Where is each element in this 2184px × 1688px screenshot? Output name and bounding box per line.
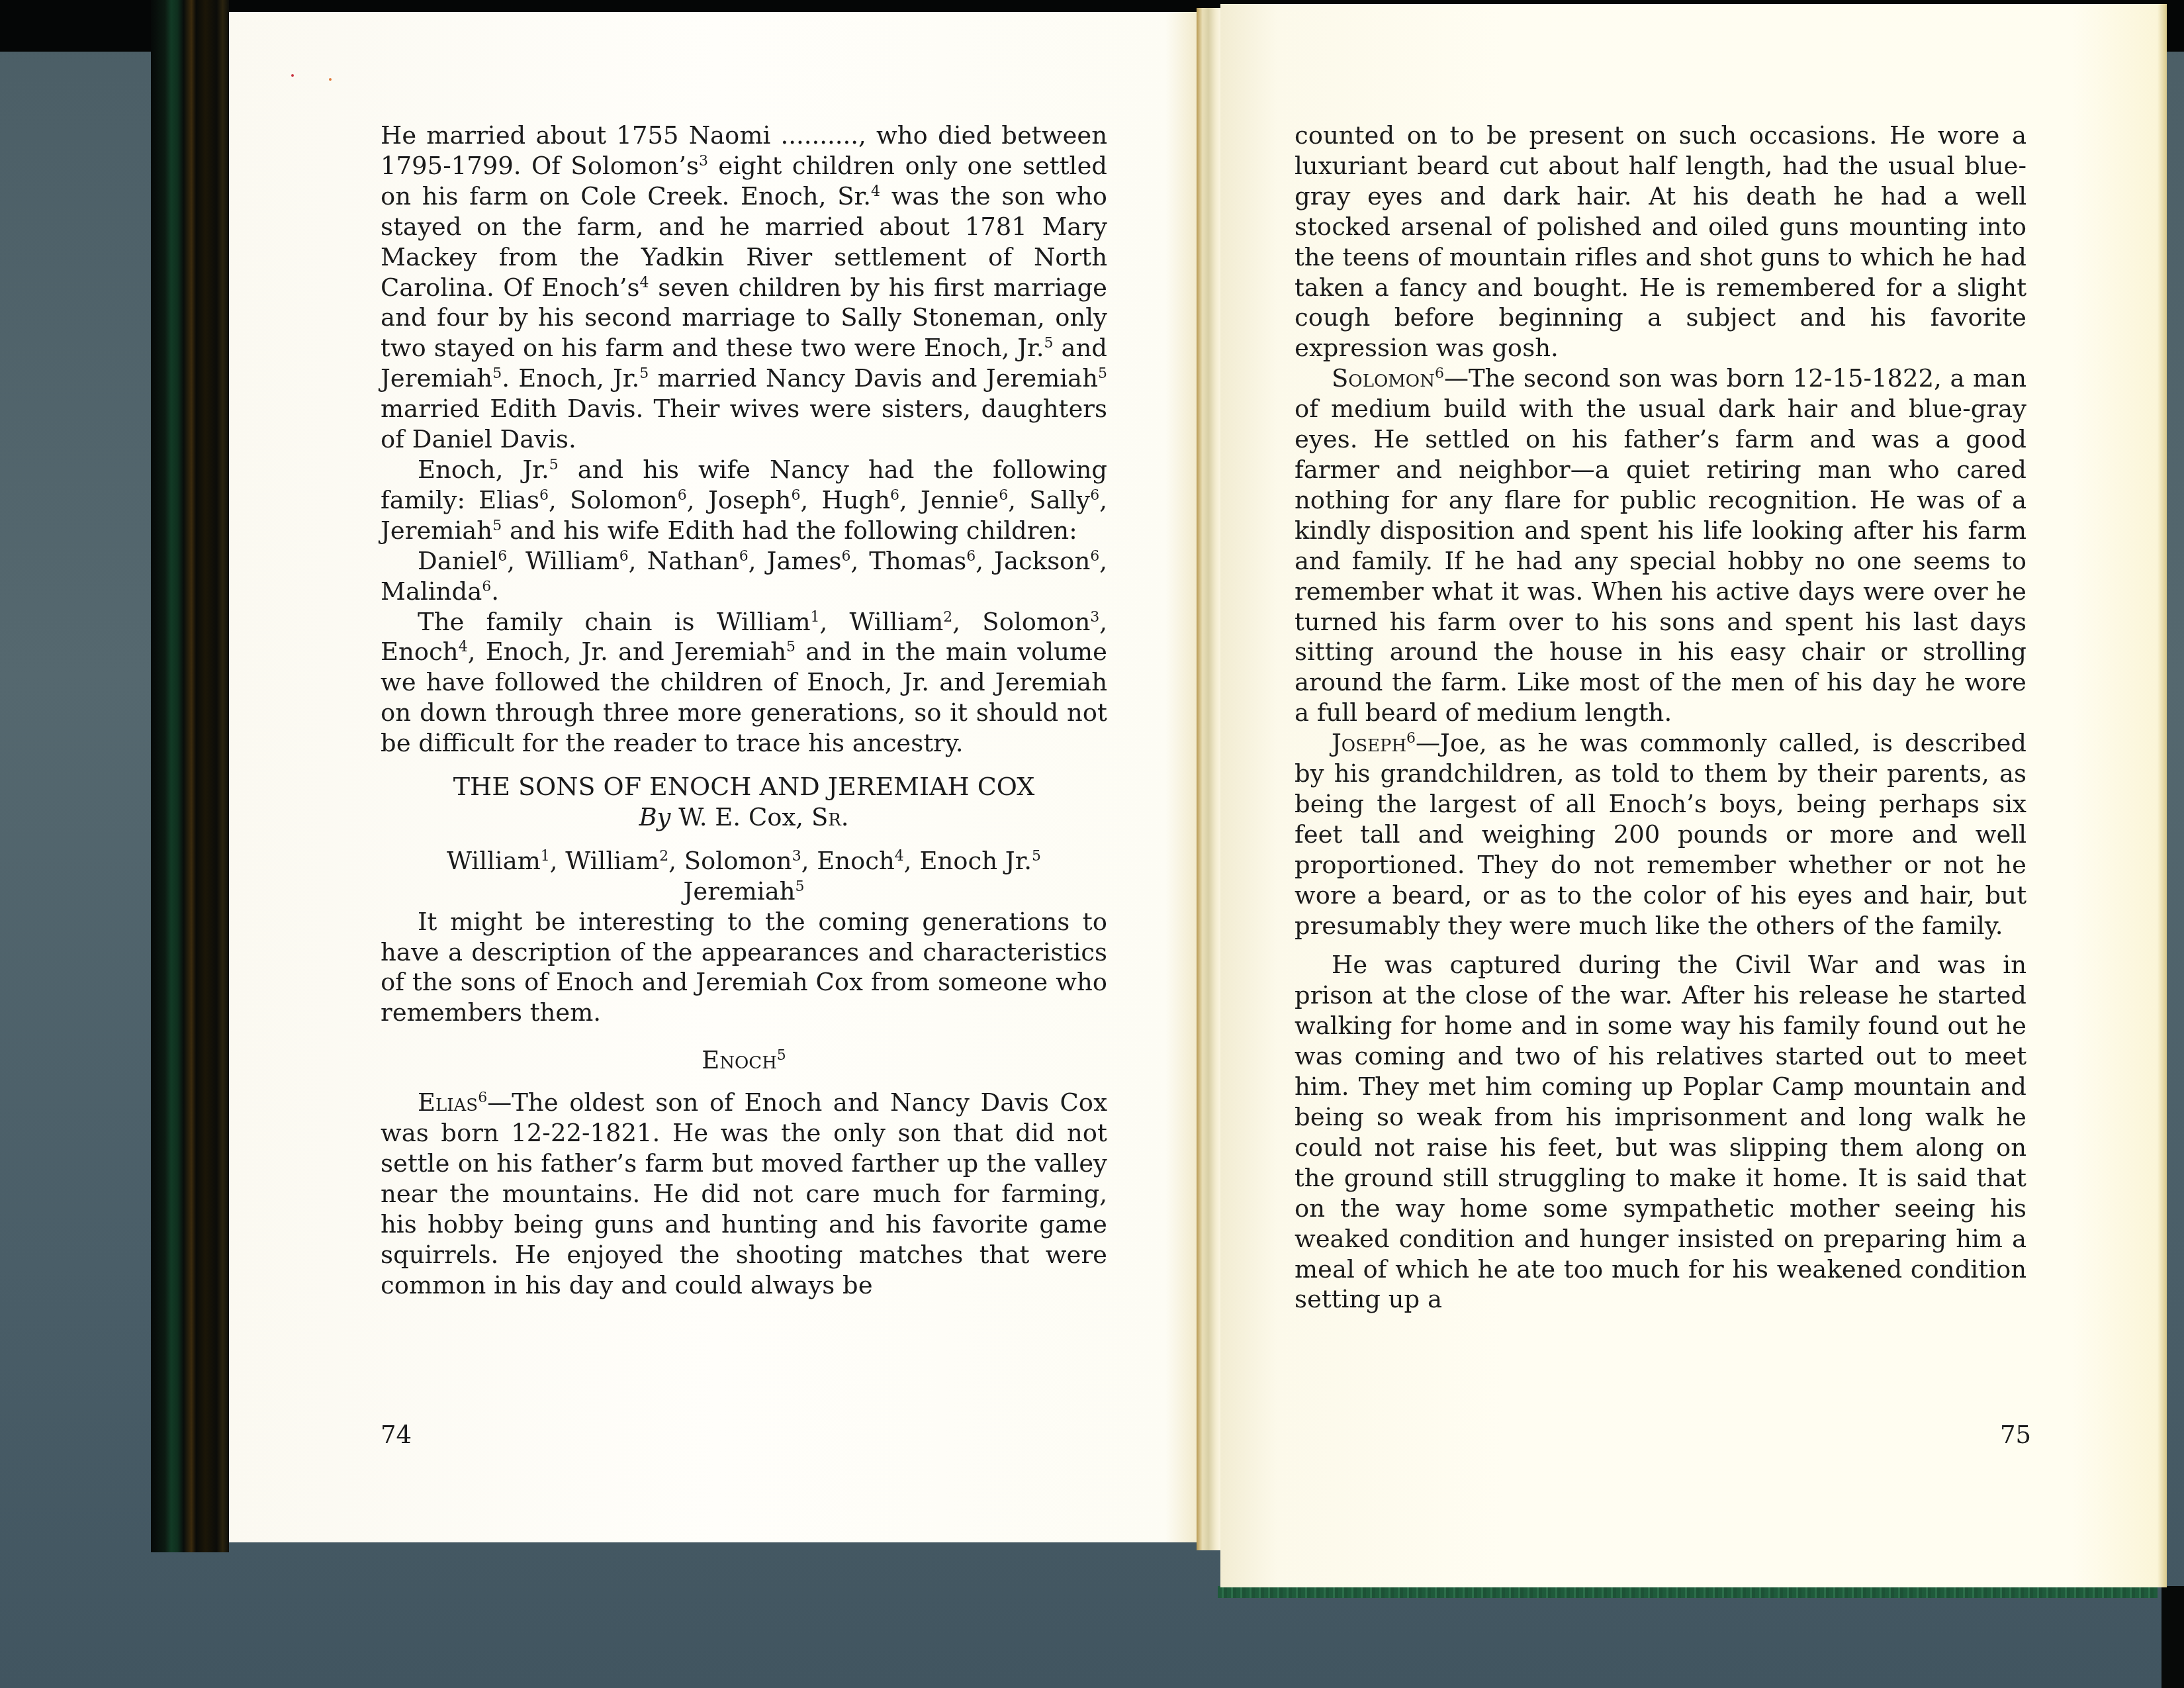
subsection-heading: Enoch5	[381, 1045, 1107, 1076]
ink-speck	[291, 74, 294, 77]
section-title: THE SONS OF ENOCH AND JEREMIAH COX	[381, 772, 1107, 802]
page-number-right: 75	[2000, 1421, 2031, 1449]
paragraph-naomi: He married about 1755 Naomi .........., …	[381, 120, 1107, 455]
book-cover-edge-bottom	[1218, 1586, 2158, 1598]
paragraph-enoch-family: Enoch, Jr.5 and his wife Nancy had the f…	[381, 455, 1107, 546]
page-number-left: 74	[381, 1421, 412, 1449]
book-gutter	[1197, 8, 1220, 1550]
paragraph-family-chain: The family chain is William1, William2, …	[381, 607, 1107, 759]
paragraph-intro: It might be interesting to the coming ge…	[381, 907, 1107, 1029]
ink-speck	[329, 78, 332, 81]
left-page-text: He married about 1755 Naomi .........., …	[381, 120, 1107, 1301]
paragraph-joseph: Joseph6—Joe, as he was commonly called, …	[1295, 728, 2026, 941]
paragraph-elias: Elias6—The oldest son of Enoch and Nancy…	[381, 1088, 1107, 1300]
paragraph-elias-continued: counted on to be present on such occasio…	[1295, 120, 2026, 363]
lineage-line: William1, William2, Solomon3, Enoch4, En…	[381, 846, 1107, 907]
book-cover-spine-left	[151, 0, 229, 1552]
book-cover-edge-right	[2161, 1586, 2184, 1688]
right-page-text: counted on to be present on such occasio…	[1295, 120, 2026, 1315]
paragraph-jeremiah-children: Daniel6, William6, Nathan6, James6, Thom…	[381, 546, 1107, 607]
author-byline: By W. E. Cox, Sr.	[381, 802, 1107, 833]
paragraph-civil-war: He was captured during the Civil War and…	[1295, 950, 2026, 1315]
paragraph-solomon: Solomon6—The second son was born 12-15-1…	[1295, 363, 2026, 728]
